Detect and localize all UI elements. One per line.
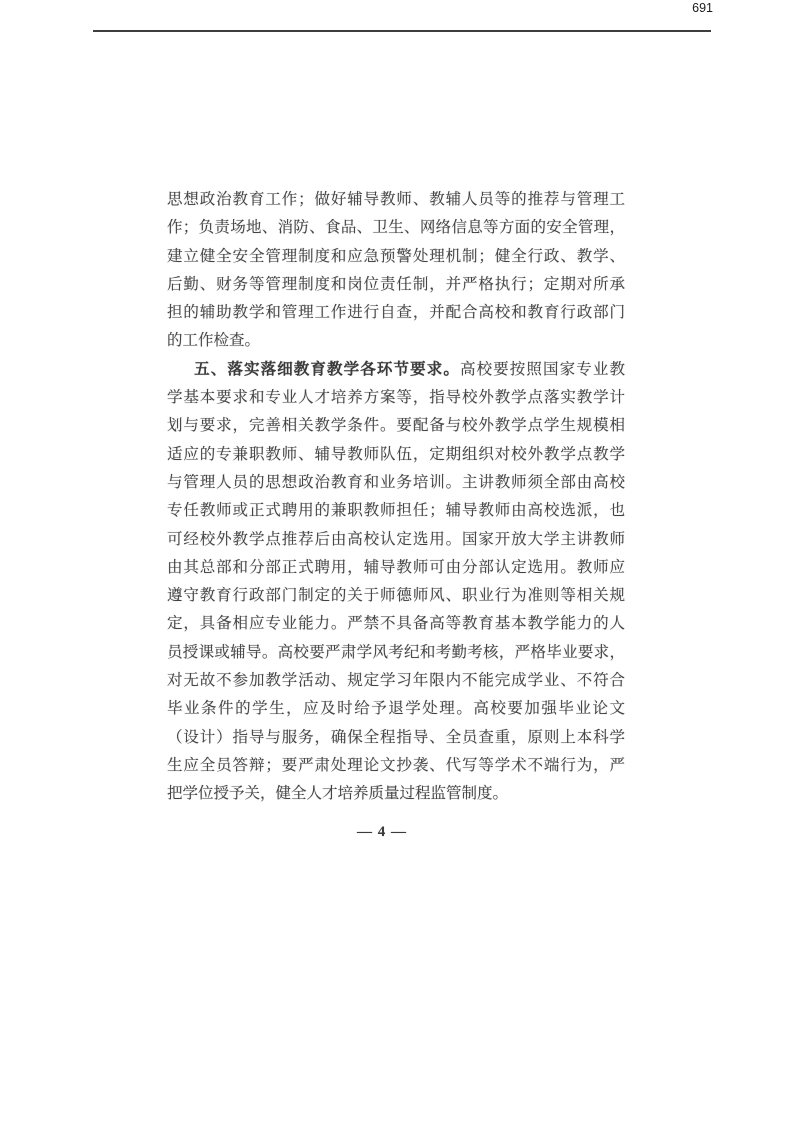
body-line: 的工作检查。 xyxy=(167,327,625,355)
body-line: 把学位授予关，健全人才培养质量过程监管制度。 xyxy=(167,780,625,808)
body-line: 建立健全安全管理制度和应急预警处理机制；健全行政、教学、 xyxy=(167,243,625,271)
body-line: 后勤、财务等管理制度和岗位责任制，并严格执行；定期对所承 xyxy=(167,271,625,299)
header-rule xyxy=(93,30,711,32)
body-line: 毕业条件的学生，应及时给予退学处理。高校要加强毕业论文 xyxy=(167,695,625,723)
bottom-page-number: — 4 — xyxy=(307,824,457,841)
body-line: 适应的专兼职教师、辅导教师队伍，定期组织对校外教学点教学 xyxy=(167,441,625,469)
body-line: 专任教师或正式聘用的兼职教师担任；辅导教师由高校选派，也 xyxy=(167,497,625,525)
body-line: 对无故不参加教学活动、规定学习年限内不能完成学业、不符合 xyxy=(167,667,625,695)
top-page-number: 691 xyxy=(692,1,713,15)
body-line: 员授课或辅导。高校要严肃学风考纪和考勤考核，严格毕业要求， xyxy=(167,639,625,667)
body-line: 遵守教育行政部门制定的关于师德师风、职业行为准则等相关规 xyxy=(167,582,625,610)
body-line: 划与要求，完善相关教学条件。要配备与校外教学点学生规模相 xyxy=(167,412,625,440)
body-line: 作；负责场地、消防、食品、卫生、网络信息等方面的安全管理， xyxy=(167,214,625,242)
body-line: （设计）指导与服务，确保全程指导、全员查重，原则上本科学 xyxy=(167,724,625,752)
body-line: 生应全员答辩；要严肃处理论文抄袭、代写等学术不端行为，严 xyxy=(167,752,625,780)
section-heading: 五、落实落细教育教学各环节要求。 xyxy=(194,361,460,378)
body-line: 学基本要求和专业人才培养方案等，指导校外教学点落实教学计 xyxy=(167,384,625,412)
body-line-fragment: 高校要按照国家专业教 xyxy=(460,361,625,378)
body-line: 担的辅助教学和管理工作进行自查，并配合高校和教育行政部门 xyxy=(167,299,625,327)
body-line: 思想政治教育工作；做好辅导教师、教辅人员等的推荐与管理工 xyxy=(167,186,625,214)
body-line: 定，具备相应专业能力。严禁不具备高等教育基本教学能力的人 xyxy=(167,610,625,638)
body-line: 与管理人员的思想政治教育和业务培训。主讲教师须全部由高校 xyxy=(167,469,625,497)
document-body: 思想政治教育工作；做好辅导教师、教辅人员等的推荐与管理工 作；负责场地、消防、食… xyxy=(167,186,625,809)
body-line: 由其总部和分部正式聘用，辅导教师可由分部认定选用。教师应 xyxy=(167,554,625,582)
body-line: 可经校外教学点推荐后由高校认定选用。国家开放大学主讲教师 xyxy=(167,526,625,554)
section-heading-line: 五、落实落细教育教学各环节要求。高校要按照国家专业教 xyxy=(167,356,625,384)
scanned-document-page: 691 思想政治教育工作；做好辅导教师、教辅人员等的推荐与管理工 作；负责场地、… xyxy=(0,0,793,1122)
